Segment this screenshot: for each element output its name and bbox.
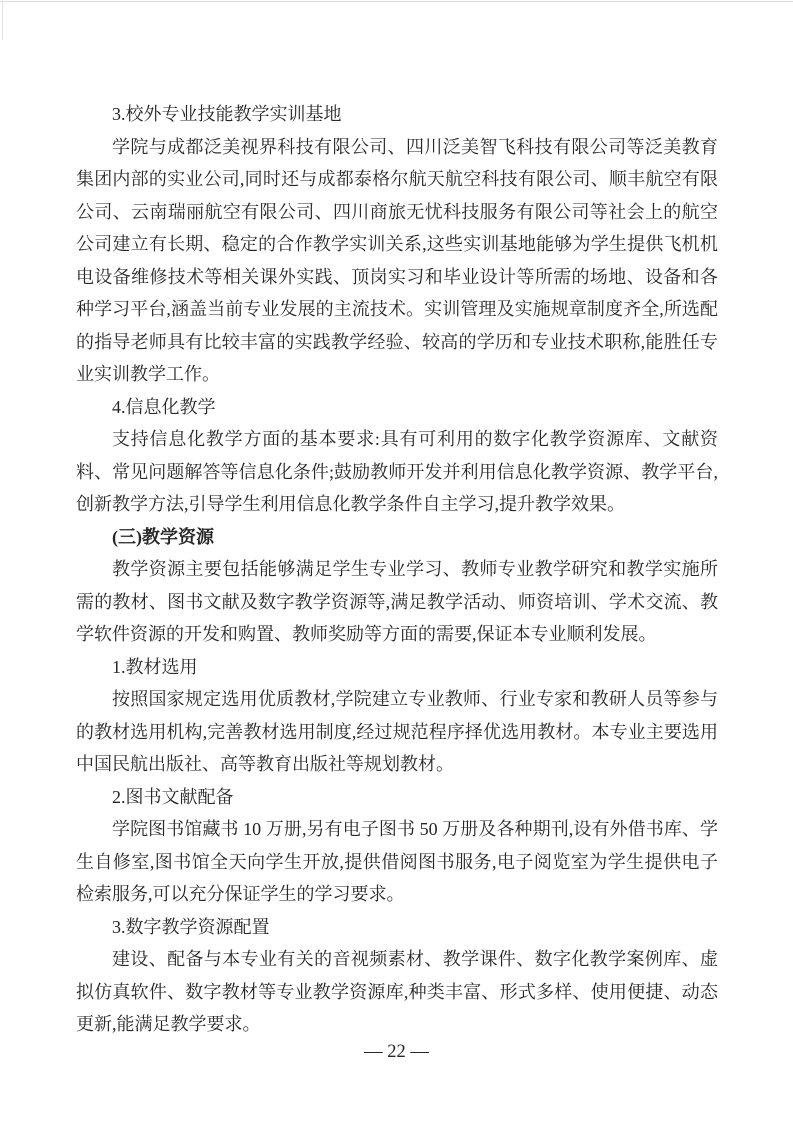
subheading: 4.信息化教学 (76, 391, 718, 424)
paragraph: 学院图书馆藏书 10 万册,另有电子图书 50 万册及各种期刊,设有外借书库、学… (76, 813, 718, 911)
paragraph: 建设、配备与本专业有关的音视频素材、教学课件、数字化教学案例库、虚拟仿真软件、数… (76, 943, 718, 1041)
document-page: 3.校外专业技能教学实训基地 学院与成都泛美视界科技有限公司、四川泛美智飞科技有… (0, 0, 793, 1122)
paragraph: 学院与成都泛美视界科技有限公司、四川泛美智飞科技有限公司等泛美教育集团内部的实业… (76, 131, 718, 391)
page-footer: — 22 — (0, 1036, 793, 1068)
page-number: — 22 — (364, 1042, 429, 1062)
scan-edge-artifact-top (0, 1, 793, 2)
paragraph: 教学资源主要包括能够满足学生专业学习、教师专业教学研究和教学实施所需的教材、图书… (76, 553, 718, 651)
paragraph: 支持信息化教学方面的基本要求:具有可利用的数字化教学资源库、文献资料、常见问题解… (76, 423, 718, 521)
paragraph: 按照国家规定选用优质教材,学院建立专业教师、行业专家和教研人员等参与的教材选用机… (76, 683, 718, 781)
scan-edge-artifact-left (2, 0, 3, 40)
subheading: 1.教材选用 (76, 651, 718, 684)
subheading: 2.图书文献配备 (76, 781, 718, 814)
section-heading: (三)教学资源 (76, 521, 718, 554)
subheading: 3.数字教学资源配置 (76, 911, 718, 944)
subheading: 3.校外专业技能教学实训基地 (76, 98, 718, 131)
document-body: 3.校外专业技能教学实训基地 学院与成都泛美视界科技有限公司、四川泛美智飞科技有… (76, 98, 718, 1041)
